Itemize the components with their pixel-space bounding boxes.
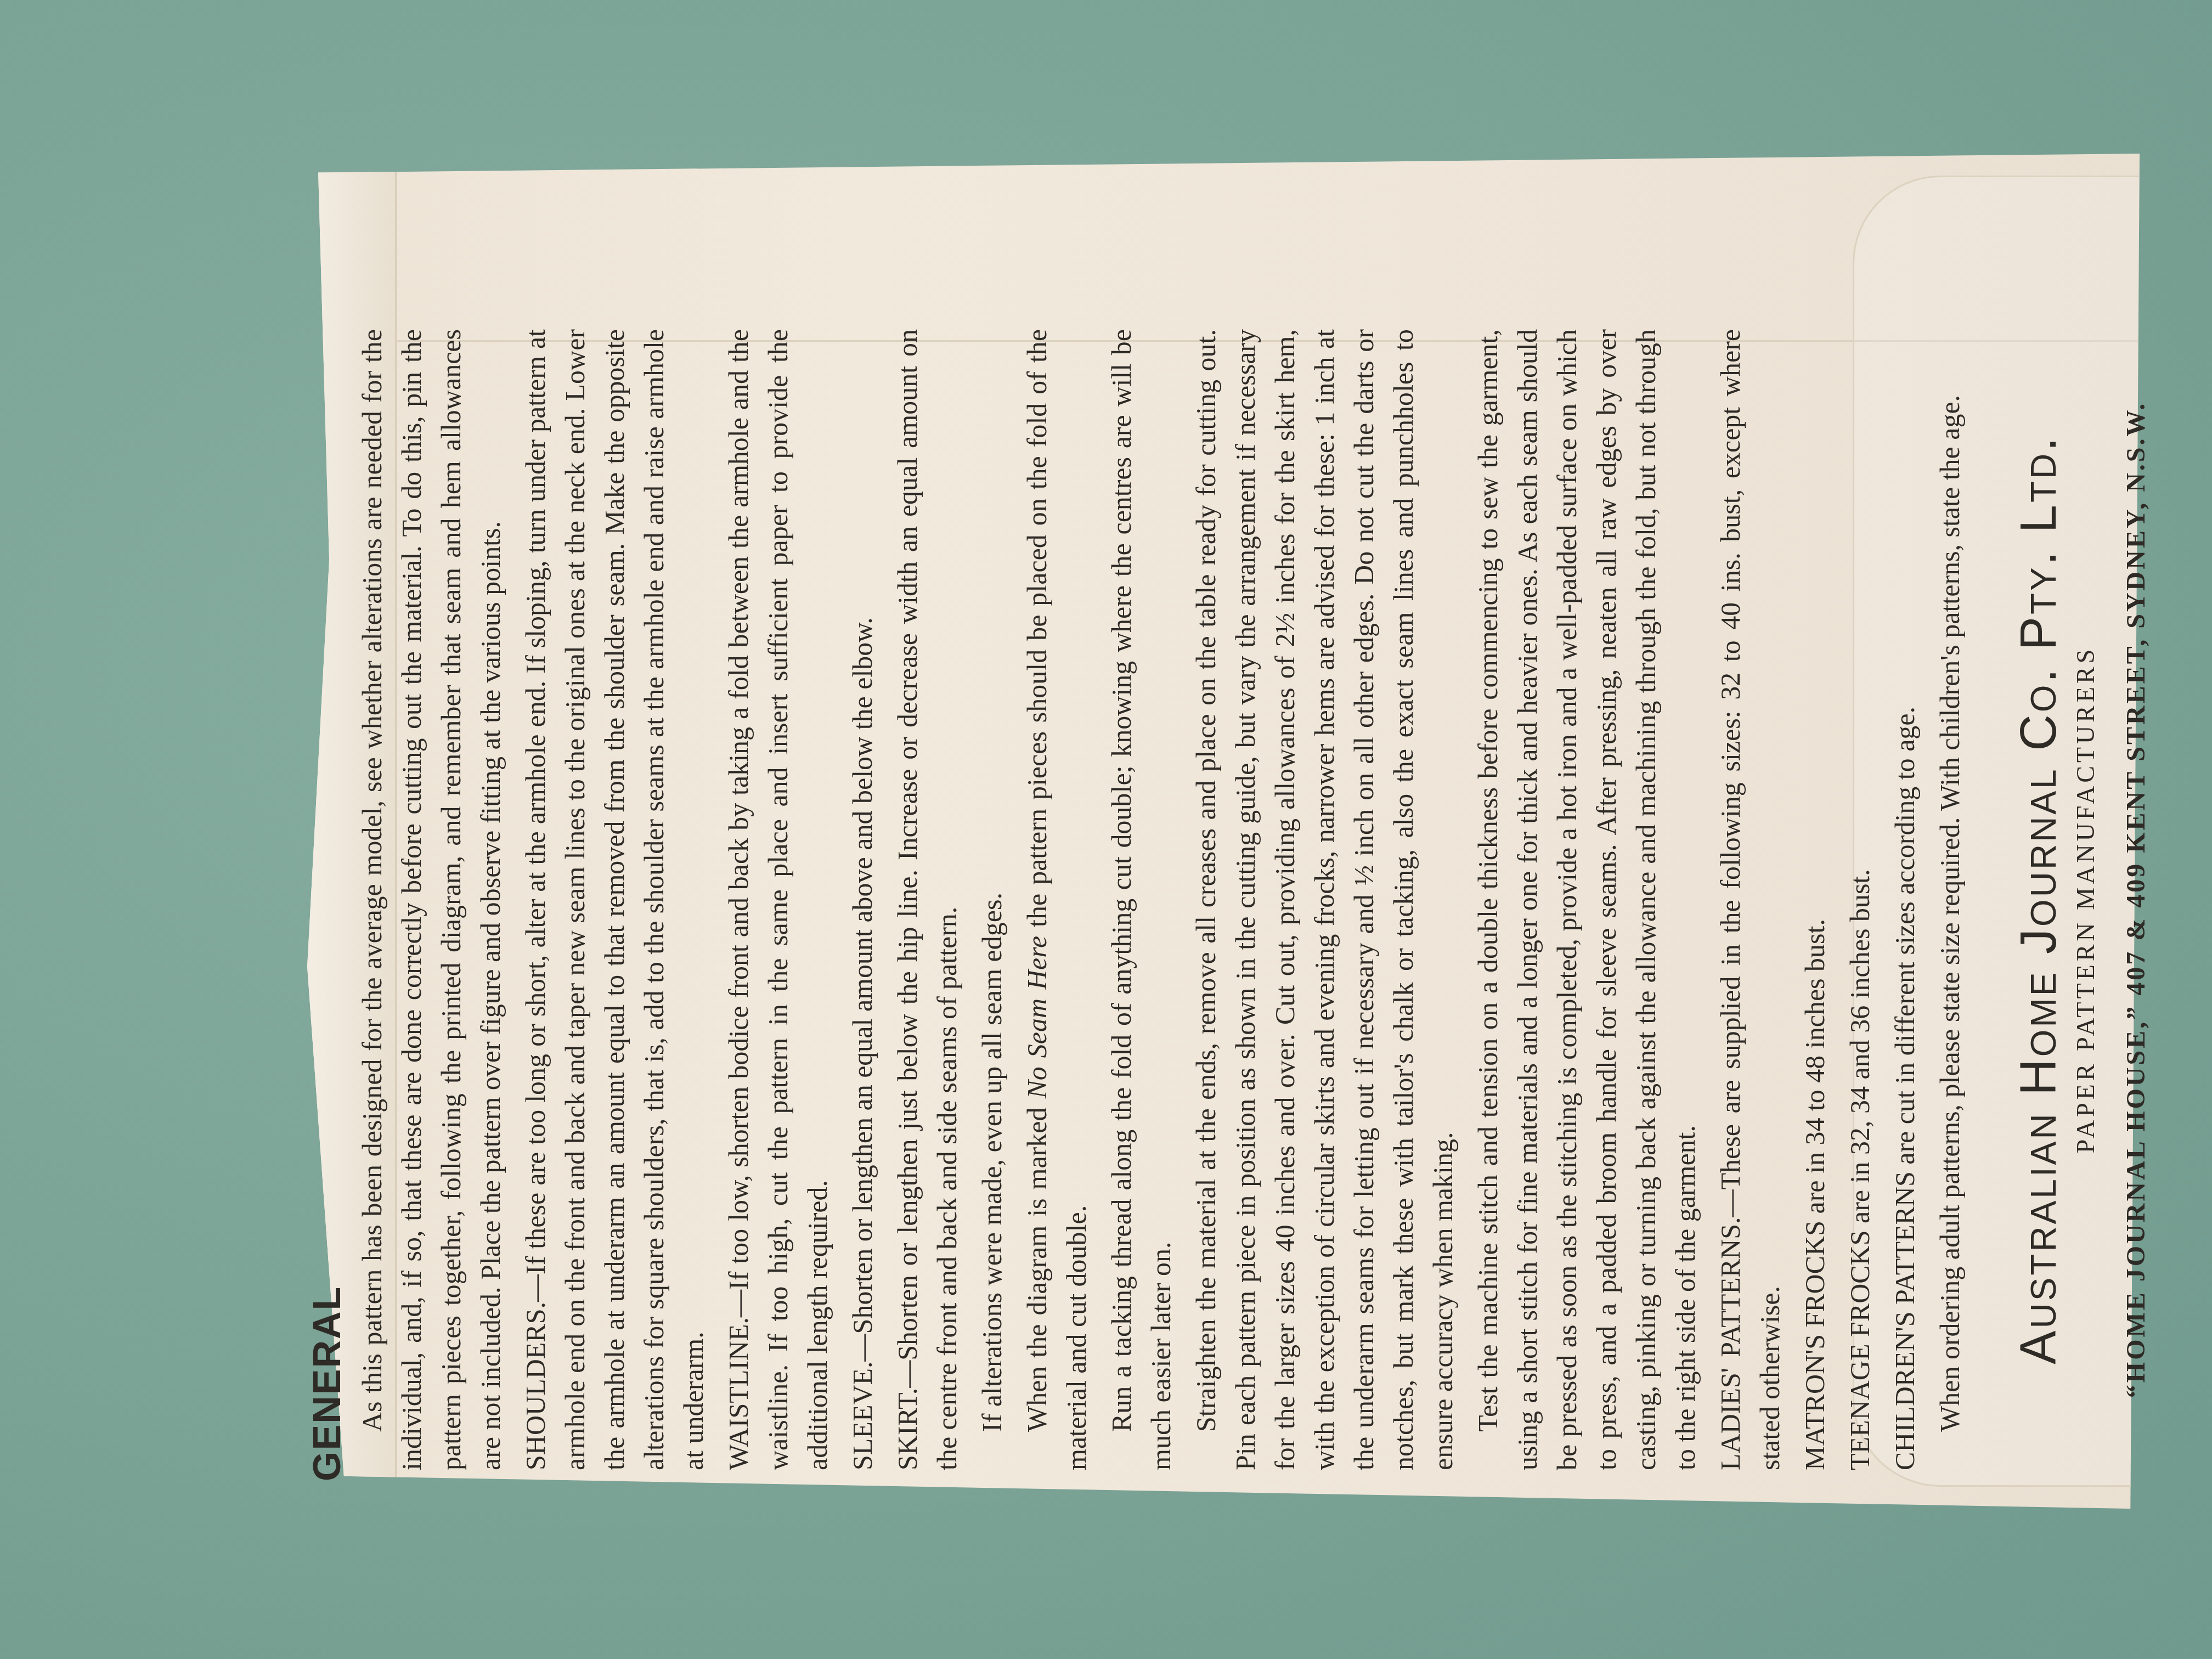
paragraph-intro: As this pattern has been designed for th… <box>352 329 510 1470</box>
section-heading: GENERAL <box>307 329 347 1481</box>
company-name: Australian Home Journal Co. Pty. Ltd. <box>2019 329 2058 1470</box>
paragraph-tacking: Run a tacking thread along the fold of a… <box>1102 329 1181 1470</box>
paragraph-cutting: Straighten the material at the ends, rem… <box>1186 329 1463 1470</box>
paragraph-sewing: Test the machine stitch and tension on a… <box>1468 329 1705 1470</box>
instructions-text-block: GENERAL As this pattern has been designe… <box>307 329 1887 1492</box>
paragraph-sleeve: SLEEVE.—Shorten or lengthen an equal amo… <box>843 329 882 1470</box>
paragraph-ladies-patterns: LADIES' PATTERNS.—These are supplied in … <box>1711 329 1790 1470</box>
company-tagline: PAPER PATTERN MANUFACTURERS <box>2066 329 2106 1470</box>
paragraph-shoulders: SHOULDERS.—If these are too long or shor… <box>516 329 713 1470</box>
paragraph-seam-edges: If alterations were made, even up all se… <box>972 329 1012 1470</box>
company-address: “HOME JOURNAL HOUSE,” 407 & 409 KENT STR… <box>2117 329 2156 1470</box>
paragraph-waistline: WAISTLINE.—If too low, shorten bodice fr… <box>719 329 837 1470</box>
no-seam-phrase: No Seam Here <box>1022 936 1052 1099</box>
paragraph-skirt: SKIRT.—Shorten or lengthen just below th… <box>888 329 967 1470</box>
paragraph-no-seam: When the diagram is marked No Seam Here … <box>1017 329 1096 1470</box>
paragraph-ordering: When ordering adult patterns, please sta… <box>1930 329 1970 1470</box>
paragraph-teenage-frocks: TEENAGE FROCKS are in 32, 34 and 36 inch… <box>1840 329 1880 1470</box>
paragraph-matrons-frocks: MATRON'S FROCKS are in 34 to 48 inches b… <box>1795 329 1835 1470</box>
paragraph-childrens-patterns: CHILDREN'S PATTERNS are cut in different… <box>1885 329 1925 1470</box>
